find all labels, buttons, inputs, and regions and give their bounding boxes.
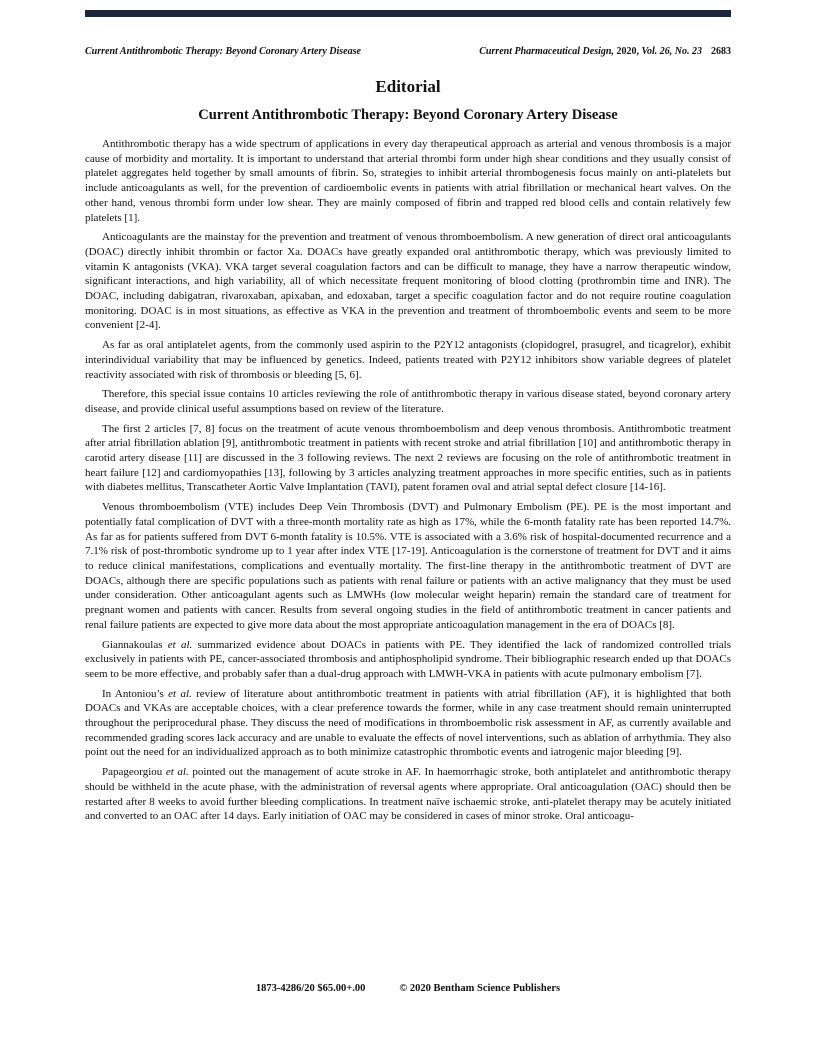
article-title: Current Antithrombotic Therapy: Beyond C… [85, 107, 731, 124]
running-head-journal: Current Pharmaceutical Design, 2020, Vol… [479, 46, 731, 57]
journal-name: Current Pharmaceutical Design, [479, 46, 616, 57]
et-al-citation: et al. [166, 766, 189, 778]
body-paragraph: Venous thromboembolism (VTE) includes De… [85, 500, 731, 632]
running-head: Current Antithrombotic Therapy: Beyond C… [85, 46, 731, 57]
section-label: Editorial [85, 77, 731, 97]
body-paragraph: In Antoniou’s et al. review of literatur… [85, 687, 731, 761]
copyright-notice: © 2020 Bentham Science Publishers [399, 983, 560, 994]
top-banner [85, 10, 731, 17]
body-paragraph: As far as oral antiplatelet agents, from… [85, 338, 731, 382]
paragraph-text: The first 2 articles [7, 8] focus on the… [85, 423, 731, 494]
paragraph-text: Venous thromboembolism (VTE) includes De… [85, 501, 731, 631]
body-paragraph: Therefore, this special issue contains 1… [85, 387, 731, 416]
paragraph-text: Papageorgiou [102, 766, 166, 778]
paragraph-text: Anticoagulants are the mainstay for the … [85, 231, 731, 331]
journal-page: Current Antithrombotic Therapy: Beyond C… [0, 0, 816, 1056]
paragraph-text: Antithrombotic therapy has a wide spectr… [85, 138, 731, 224]
running-head-title: Current Antithrombotic Therapy: Beyond C… [85, 46, 361, 57]
paragraph-text: In Antoniou’s [102, 688, 168, 700]
body-paragraph: Giannakoulas et al. summarized evidence … [85, 638, 731, 682]
paragraph-text: Giannakoulas [102, 639, 168, 651]
article-body: Antithrombotic therapy has a wide spectr… [85, 137, 731, 824]
page-footer: 1873-4286/20 $65.00+.00 © 2020 Bentham S… [85, 983, 731, 994]
paragraph-text: Therefore, this special issue contains 1… [85, 388, 731, 415]
page-number: 2683 [711, 46, 731, 57]
body-paragraph: Papageorgiou et al. pointed out the mana… [85, 765, 731, 824]
et-al-citation: et al. [168, 688, 192, 700]
issn-price: 1873-4286/20 $65.00+.00 [256, 983, 366, 994]
body-paragraph: The first 2 articles [7, 8] focus on the… [85, 422, 731, 496]
et-al-citation: et al. [168, 639, 193, 651]
journal-volume: Vol. 26, No. 23 [641, 46, 702, 57]
journal-year: 2020, [616, 46, 641, 57]
body-paragraph: Anticoagulants are the mainstay for the … [85, 230, 731, 333]
paragraph-text: As far as oral antiplatelet agents, from… [85, 339, 731, 380]
body-paragraph: Antithrombotic therapy has a wide spectr… [85, 137, 731, 225]
